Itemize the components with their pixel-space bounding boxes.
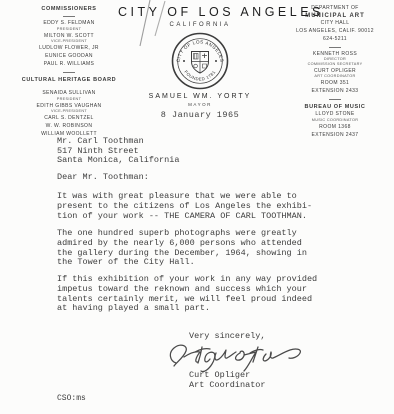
recipient-city: Santa Monica, California	[57, 156, 179, 166]
letterhead-center: CITY OF LOS ANGELES CALIFORNIA CITY OF L…	[118, 5, 282, 107]
divider	[329, 99, 341, 100]
letter-document: COMMISSIONERS EDDY S. FELDMAN PRESIDENT …	[0, 0, 394, 414]
commissioners-column: COMMISSIONERS EDDY S. FELDMAN PRESIDENT …	[16, 6, 122, 138]
commissioner-role: VICE-PRESIDENT	[16, 39, 122, 44]
body-paragraph: The one hundred superb photographs were …	[57, 229, 307, 268]
letter-date: 8 January 1965	[118, 110, 282, 120]
commissioner-name: EUNICE GOODAN	[16, 54, 122, 60]
commissioner-name: PAUL R. WILLIAMS	[16, 62, 122, 68]
dept-phone: 624-5211	[280, 37, 390, 43]
mayor-title: MAYOR	[118, 102, 282, 107]
heritage-member-name: CARL S. DENTZEL	[16, 116, 122, 122]
director-role: COMMISSION SECRETARY	[280, 62, 390, 67]
music-extension: EXTENSION 2437	[280, 133, 390, 139]
signer-title: Art Coordinator	[189, 381, 266, 391]
city-seal-icon: CITY OF LOS ANGELES FOUNDED 1781	[170, 31, 230, 91]
heritage-member-role: PRESIDENT	[16, 97, 122, 102]
divider	[63, 72, 75, 73]
music-coordinator-role: MUSIC COORDINATOR	[280, 118, 390, 123]
body-paragraph: If this exhibition of your work in any w…	[57, 275, 317, 314]
heritage-board-heading: CULTURAL HERITAGE BOARD	[16, 77, 122, 83]
dept-address-line: LOS ANGELES, CALIF. 90012	[280, 29, 390, 35]
dept-extension: EXTENSION 2433	[280, 89, 390, 95]
department-column: DEPARTMENT OF MUNICIPAL ART CITY HALL LO…	[280, 6, 390, 138]
divider	[329, 47, 341, 48]
heritage-member-role: VICE-PRESIDENT	[16, 109, 122, 114]
recipient-address: Mr. Carl Toothman 517 Ninth Street Santa…	[57, 137, 179, 166]
commissioner-role: PRESIDENT	[16, 27, 122, 32]
commissioner-name: LUDLOW FLOWER, JR	[16, 46, 122, 52]
mayor-name: SAMUEL WM. YORTY	[118, 93, 282, 100]
commissioners-heading: COMMISSIONERS	[16, 6, 122, 12]
coordinator-role: ART COORDINATOR	[280, 74, 390, 79]
city-title: CITY OF LOS ANGELES	[118, 5, 282, 19]
body-paragraph: It was with great pleasure that we were …	[57, 192, 312, 221]
divider	[63, 16, 75, 17]
music-room: ROOM 1368	[280, 125, 390, 131]
dept-room: ROOM 351	[280, 81, 390, 87]
salutation: Dear Mr. Toothman:	[57, 172, 149, 182]
music-bureau-heading: BUREAU OF MUSIC	[280, 104, 390, 110]
dept-address-line: CITY HALL	[280, 21, 390, 27]
signature-block: Curt Opliger Art Coordinator	[189, 371, 266, 390]
state-label: CALIFORNIA	[118, 22, 282, 28]
reference-initials: CSO:ms	[57, 394, 86, 403]
heritage-member-name: W. W. ROBINSON	[16, 124, 122, 130]
